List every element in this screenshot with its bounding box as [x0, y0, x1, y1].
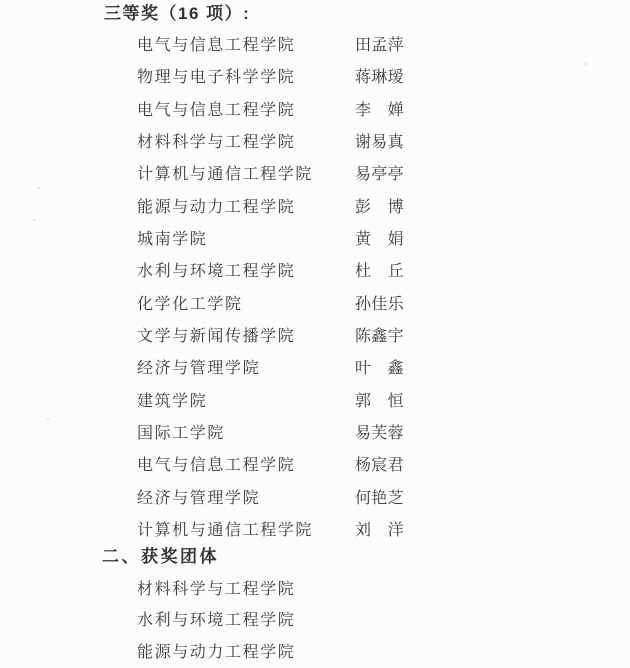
winner-name: 易芙蓉 [355, 418, 404, 450]
award-row: 建筑学院郭 恒 [137, 386, 597, 418]
college-name: 电气与信息工程学院 [137, 450, 355, 482]
award-row: 城南学院黄 娟 [137, 224, 597, 256]
college-name: 经济与管理学院 [137, 483, 355, 515]
award-row: 电气与信息工程学院李 婵 [137, 95, 597, 127]
team-list: 材料科学与工程学院 水利与环境工程学院 能源与动力工程学院 [137, 574, 537, 668]
winner-name: 黄 娟 [355, 224, 404, 256]
winner-name: 李 婵 [355, 95, 404, 127]
award-row: 水利与环境工程学院杜 丘 [137, 256, 597, 288]
winner-name: 陈鑫宇 [355, 321, 404, 353]
scan-speck [47, 418, 49, 420]
award-row: 化学化工学院孙佳乐 [137, 289, 597, 321]
college-name: 国际工学院 [137, 418, 355, 450]
award-row: 能源与动力工程学院彭 博 [137, 192, 597, 224]
college-name: 电气与信息工程学院 [137, 95, 355, 127]
college-name: 计算机与通信工程学院 [137, 515, 355, 547]
college-name: 材料科学与工程学院 [137, 127, 355, 159]
winner-name: 易亭亭 [355, 159, 404, 191]
winner-name: 谢易真 [355, 127, 404, 159]
team-item: 材料科学与工程学院 [137, 574, 537, 605]
college-name: 水利与环境工程学院 [137, 256, 355, 288]
third-prize-list: 电气与信息工程学院田孟萍 物理与电子科学学院蒋琳瑷 电气与信息工程学院李 婵 材… [137, 30, 597, 548]
third-prize-heading: 三等奖（16 项）: [104, 2, 250, 26]
college-name: 城南学院 [137, 224, 355, 256]
college-name: 物理与电子科学学院 [137, 62, 355, 94]
college-name: 化学化工学院 [137, 289, 355, 321]
award-row: 计算机与通信工程学院易亭亭 [137, 159, 597, 191]
winner-name: 何艳芝 [355, 483, 404, 515]
award-row: 电气与信息工程学院杨宸君 [137, 450, 597, 482]
college-name: 建筑学院 [137, 386, 355, 418]
award-row: 经济与管理学院何艳芝 [137, 483, 597, 515]
award-row: 经济与管理学院叶 鑫 [137, 353, 597, 385]
winner-name: 杨宸君 [355, 450, 404, 482]
award-row: 物理与电子科学学院蒋琳瑷 [137, 62, 597, 94]
winner-name: 郭 恒 [355, 386, 404, 418]
team-item: 能源与动力工程学院 [137, 637, 537, 668]
college-name: 经济与管理学院 [137, 353, 355, 385]
award-row: 国际工学院易芙蓉 [137, 418, 597, 450]
scan-speck [585, 63, 587, 65]
college-name: 电气与信息工程学院 [137, 30, 355, 62]
award-row: 计算机与通信工程学院刘 洋 [137, 515, 597, 547]
winner-name: 杜 丘 [355, 256, 404, 288]
award-row: 材料科学与工程学院谢易真 [137, 127, 597, 159]
scan-speck [33, 219, 35, 221]
award-row: 电气与信息工程学院田孟萍 [137, 30, 597, 62]
winner-name: 叶 鑫 [355, 353, 404, 385]
scanned-document-page: 三等奖（16 项）: 电气与信息工程学院田孟萍 物理与电子科学学院蒋琳瑷 电气与… [0, 0, 630, 668]
team-section-heading: 二、获奖团体 [102, 544, 219, 570]
scan-speck [38, 187, 40, 189]
winner-name: 孙佳乐 [355, 289, 404, 321]
award-row: 文学与新闻传播学院陈鑫宇 [137, 321, 597, 353]
college-name: 能源与动力工程学院 [137, 192, 355, 224]
college-name: 文学与新闻传播学院 [137, 321, 355, 353]
team-item: 水利与环境工程学院 [137, 605, 537, 636]
winner-name: 蒋琳瑷 [355, 62, 404, 94]
college-name: 计算机与通信工程学院 [137, 159, 355, 191]
winner-name: 田孟萍 [355, 30, 404, 62]
winner-name: 刘 洋 [355, 515, 404, 547]
winner-name: 彭 博 [355, 192, 404, 224]
